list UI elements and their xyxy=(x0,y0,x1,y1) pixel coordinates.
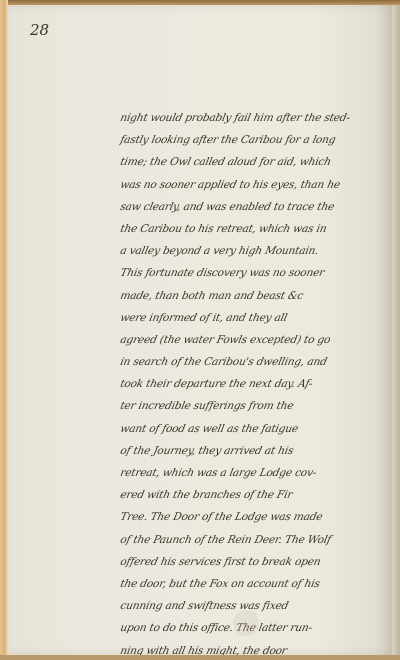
text-line: saw clearly, and was enabled to trace th… xyxy=(118,196,393,218)
handwritten-text-block: night would probably fail him after the … xyxy=(118,107,388,660)
text-line: retreat, which was a large Lodge cov- xyxy=(118,462,393,484)
text-line: the Caribou to his retreat, which was in xyxy=(118,218,393,240)
text-line: took their departure the next day. Af- xyxy=(118,373,393,395)
text-line: a valley beyond a very high Mountain. xyxy=(118,240,393,262)
text-line: This fortunate discovery was no sooner xyxy=(118,262,393,284)
text-line: night would probably fail him after the … xyxy=(118,107,393,129)
text-line: fastly looking after the Caribou for a l… xyxy=(118,129,393,151)
text-line: made, than both man and beast &c xyxy=(118,285,393,307)
text-line: ter incredible sufferings from the xyxy=(118,395,393,417)
book-bottom-edge xyxy=(0,655,400,660)
text-line: offered his services first to break open xyxy=(118,551,393,573)
page-stack-right-edge xyxy=(392,5,400,655)
text-line: in search of the Caribou's dwelling, and xyxy=(118,351,393,373)
book-left-edge xyxy=(0,0,8,660)
text-line: Tree. The Door of the Lodge was made xyxy=(118,506,393,528)
text-line: time; the Owl called aloud for aid, whic… xyxy=(118,151,393,173)
text-line: want of food as well as the fatigue xyxy=(118,418,393,440)
text-line: of the Paunch of the Rein Deer. The Wolf xyxy=(118,529,393,551)
text-line: agreed (the water Fowls excepted) to go xyxy=(118,329,393,351)
text-line: the door, but the Fox on account of his xyxy=(118,573,393,595)
text-line: was no sooner applied to his eyes, than … xyxy=(118,174,393,196)
manuscript-page: 28 night would probably fail him after t… xyxy=(8,5,393,655)
text-line: were informed of it, and they all xyxy=(118,307,393,329)
page-number: 28 xyxy=(30,21,49,39)
paper-stain xyxy=(233,610,259,636)
text-line: of the Journey, they arrived at his xyxy=(118,440,393,462)
text-line: ered with the branches of the Fir xyxy=(118,484,393,506)
